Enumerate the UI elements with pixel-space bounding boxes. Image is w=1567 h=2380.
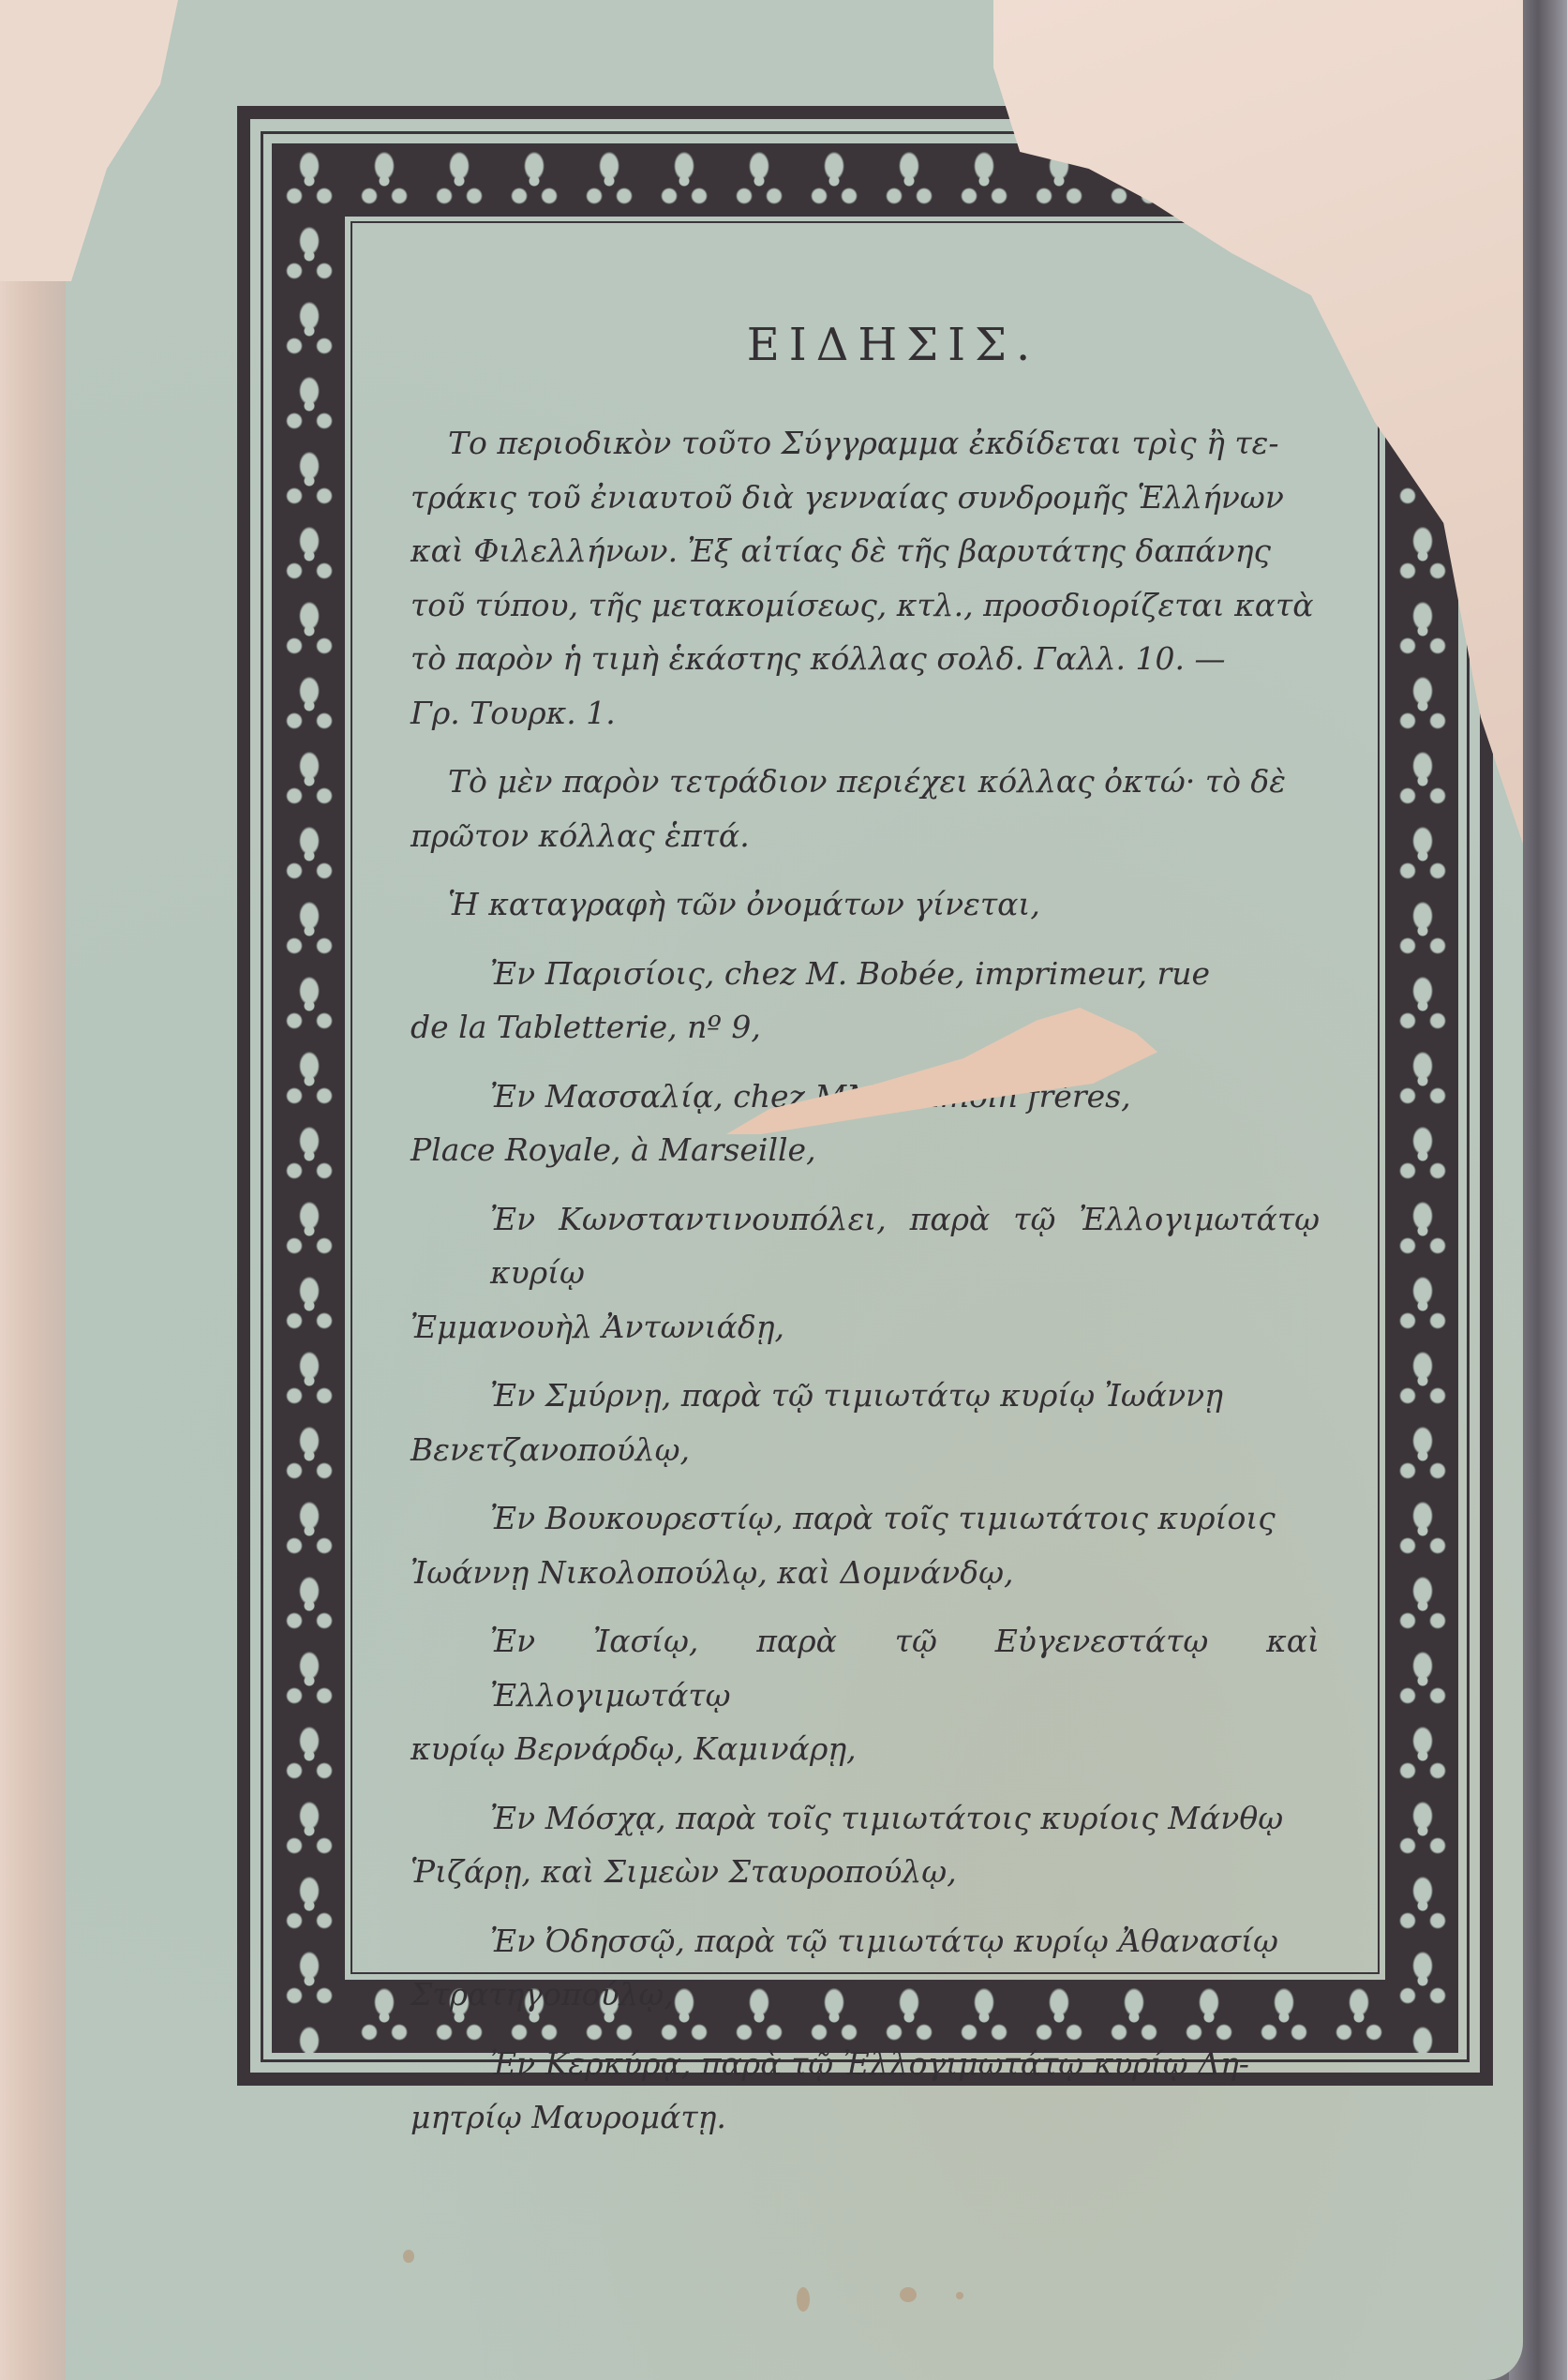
text-line: Στρατηγοπούλῳ, — [410, 1968, 1320, 2022]
text-line: Place Royale, à Marseille, — [410, 1123, 1320, 1177]
ornamental-border-left — [272, 143, 345, 2053]
text-line: Ἐν Ἰασίῳ, παρὰ τῷ Εὐγενεστάτῳ καὶ Ἐλλογι… — [410, 1614, 1320, 1722]
text-line: Ἐν Ὀδησσῷ, παρὰ τῷ τιμιωτάτῳ κυρίῳ Ἀθανα… — [410, 1914, 1320, 1968]
location-moscow: Ἐν Μόσχᾳ, παρὰ τοῖς τιμιωτάτοις κυρίοις … — [410, 1791, 1320, 1899]
text-line: Ἐν Παρισίοις, chez M. Bobée, imprimeur, … — [410, 947, 1320, 1001]
text-line: Ῥιζάρῃ, καὶ Σιμεὼν Σταυροπούλῳ, — [410, 1845, 1320, 1899]
torn-corner-top-left — [0, 0, 178, 281]
text-line: μητρίῳ Μαυρομάτῃ. — [410, 2090, 1320, 2145]
text-line: Ἰωάννῃ Νικολοπούλῳ, καὶ Δομνάνδῳ, — [410, 1546, 1320, 1600]
location-odessa: Ἐν Ὀδησσῷ, παρὰ τῷ τιμιωτάτῳ κυρίῳ Ἀθανα… — [410, 1914, 1320, 2022]
text-line: καὶ Φιλελλήνων. Ἐξ αἰτίας δὲ τῆς βαρυτάτ… — [410, 524, 1320, 578]
text-line: Βενετζανοπούλῳ, — [410, 1423, 1320, 1477]
location-marseille: Ἐν Μασσαλίᾳ, chez MM. Camoin frères, Pla… — [410, 1070, 1320, 1177]
paragraph-issue-contents: Τὸ μὲν παρὸν τετράδιον περιέχει κόλλας ὀ… — [410, 755, 1320, 862]
location-iasi: Ἐν Ἰασίῳ, παρὰ τῷ Εὐγενεστάτῳ καὶ Ἐλλογι… — [410, 1614, 1320, 1776]
location-bucharest: Ἐν Βουκουρεστίῳ, παρὰ τοῖς τιμιωτάτοις κ… — [410, 1491, 1320, 1599]
location-constantinople: Ἐν Κωνσταντινουπόλει, παρὰ τῷ Ἐλλογιμωτά… — [410, 1192, 1320, 1355]
text-line: Ἐν Σμύρνῃ, παρὰ τῷ τιμιωτάτῳ κυρίῳ Ἰωάνν… — [410, 1369, 1320, 1423]
text-line: κυρίῳ Βερνάρδῳ, Καμινάρῃ, — [410, 1722, 1320, 1776]
page-title: ΕΙΔΗΣΙΣ. — [467, 319, 1320, 371]
text-line: Γρ. Τουρκ. 1. — [410, 686, 1320, 741]
text-line: Ἐν Κερκύρᾳ, παρὰ τῷ Ἐλλογιμωτάτῳ κυρίῳ Δ… — [410, 2037, 1320, 2091]
text-line: de la Tabletterie, nº 9, — [410, 1000, 1320, 1055]
paragraph-subscription-intro: Ἡ καταγραφὴ τῶν ὀνομάτων γίνεται, — [410, 877, 1320, 932]
text-line: Ἐν Κωνσταντινουπόλει, παρὰ τῷ Ἐλλογιμωτά… — [410, 1192, 1320, 1300]
text-line: Ἐμμανουὴλ Ἀντωνιάδῃ, — [410, 1300, 1320, 1355]
text-line: Ἡ καταγραφὴ τῶν ὀνομάτων γίνεται, — [410, 877, 1320, 932]
text-line: τράκις τοῦ ἐνιαυτοῦ διὰ γενναίας συνδρομ… — [410, 471, 1320, 525]
notice-text-block: ΕΙΔΗΣΙΣ. Το περιοδικὸν τοῦτο Σύγγραμμα ἐ… — [410, 319, 1320, 2145]
location-smyrna: Ἐν Σμύρνῃ, παρὰ τῷ τιμιωτάτῳ κυρίῳ Ἰωάνν… — [410, 1369, 1320, 1476]
text-line: τὸ παρὸν ἡ τιμὴ ἑκάστης κόλλας σολδ. Γαλ… — [410, 632, 1320, 686]
text-line: τοῦ τύπου, τῆς μετακομίσεως, κτλ., προσδ… — [410, 578, 1320, 633]
text-line: Ἐν Μόσχᾳ, παρὰ τοῖς τιμιωτάτοις κυρίοις … — [410, 1791, 1320, 1846]
paragraph-publication-info: Το περιοδικὸν τοῦτο Σύγγραμμα ἐκδίδεται … — [410, 416, 1320, 740]
location-corfu: Ἐν Κερκύρᾳ, παρὰ τῷ Ἐλλογιμωτάτῳ κυρίῳ Δ… — [410, 2037, 1320, 2145]
location-paris: Ἐν Παρισίοις, chez M. Bobée, imprimeur, … — [410, 947, 1320, 1055]
text-line: Ἐν Βουκουρεστίῳ, παρὰ τοῖς τιμιωτάτοις κ… — [410, 1491, 1320, 1546]
text-line: Το περιοδικὸν τοῦτο Σύγγραμμα ἐκδίδεται … — [410, 416, 1320, 471]
text-line: Τὸ μὲν παρὸν τετράδιον περιέχει κόλλας ὀ… — [410, 755, 1320, 809]
worn-spine-edge — [0, 0, 66, 2380]
page-sheet: ΕΙΔΗΣΙΣ. Το περιοδικὸν τοῦτο Σύγγραμμα ἐ… — [0, 0, 1523, 2380]
text-line: πρῶτον κόλλας ἑπτά. — [410, 809, 1320, 863]
